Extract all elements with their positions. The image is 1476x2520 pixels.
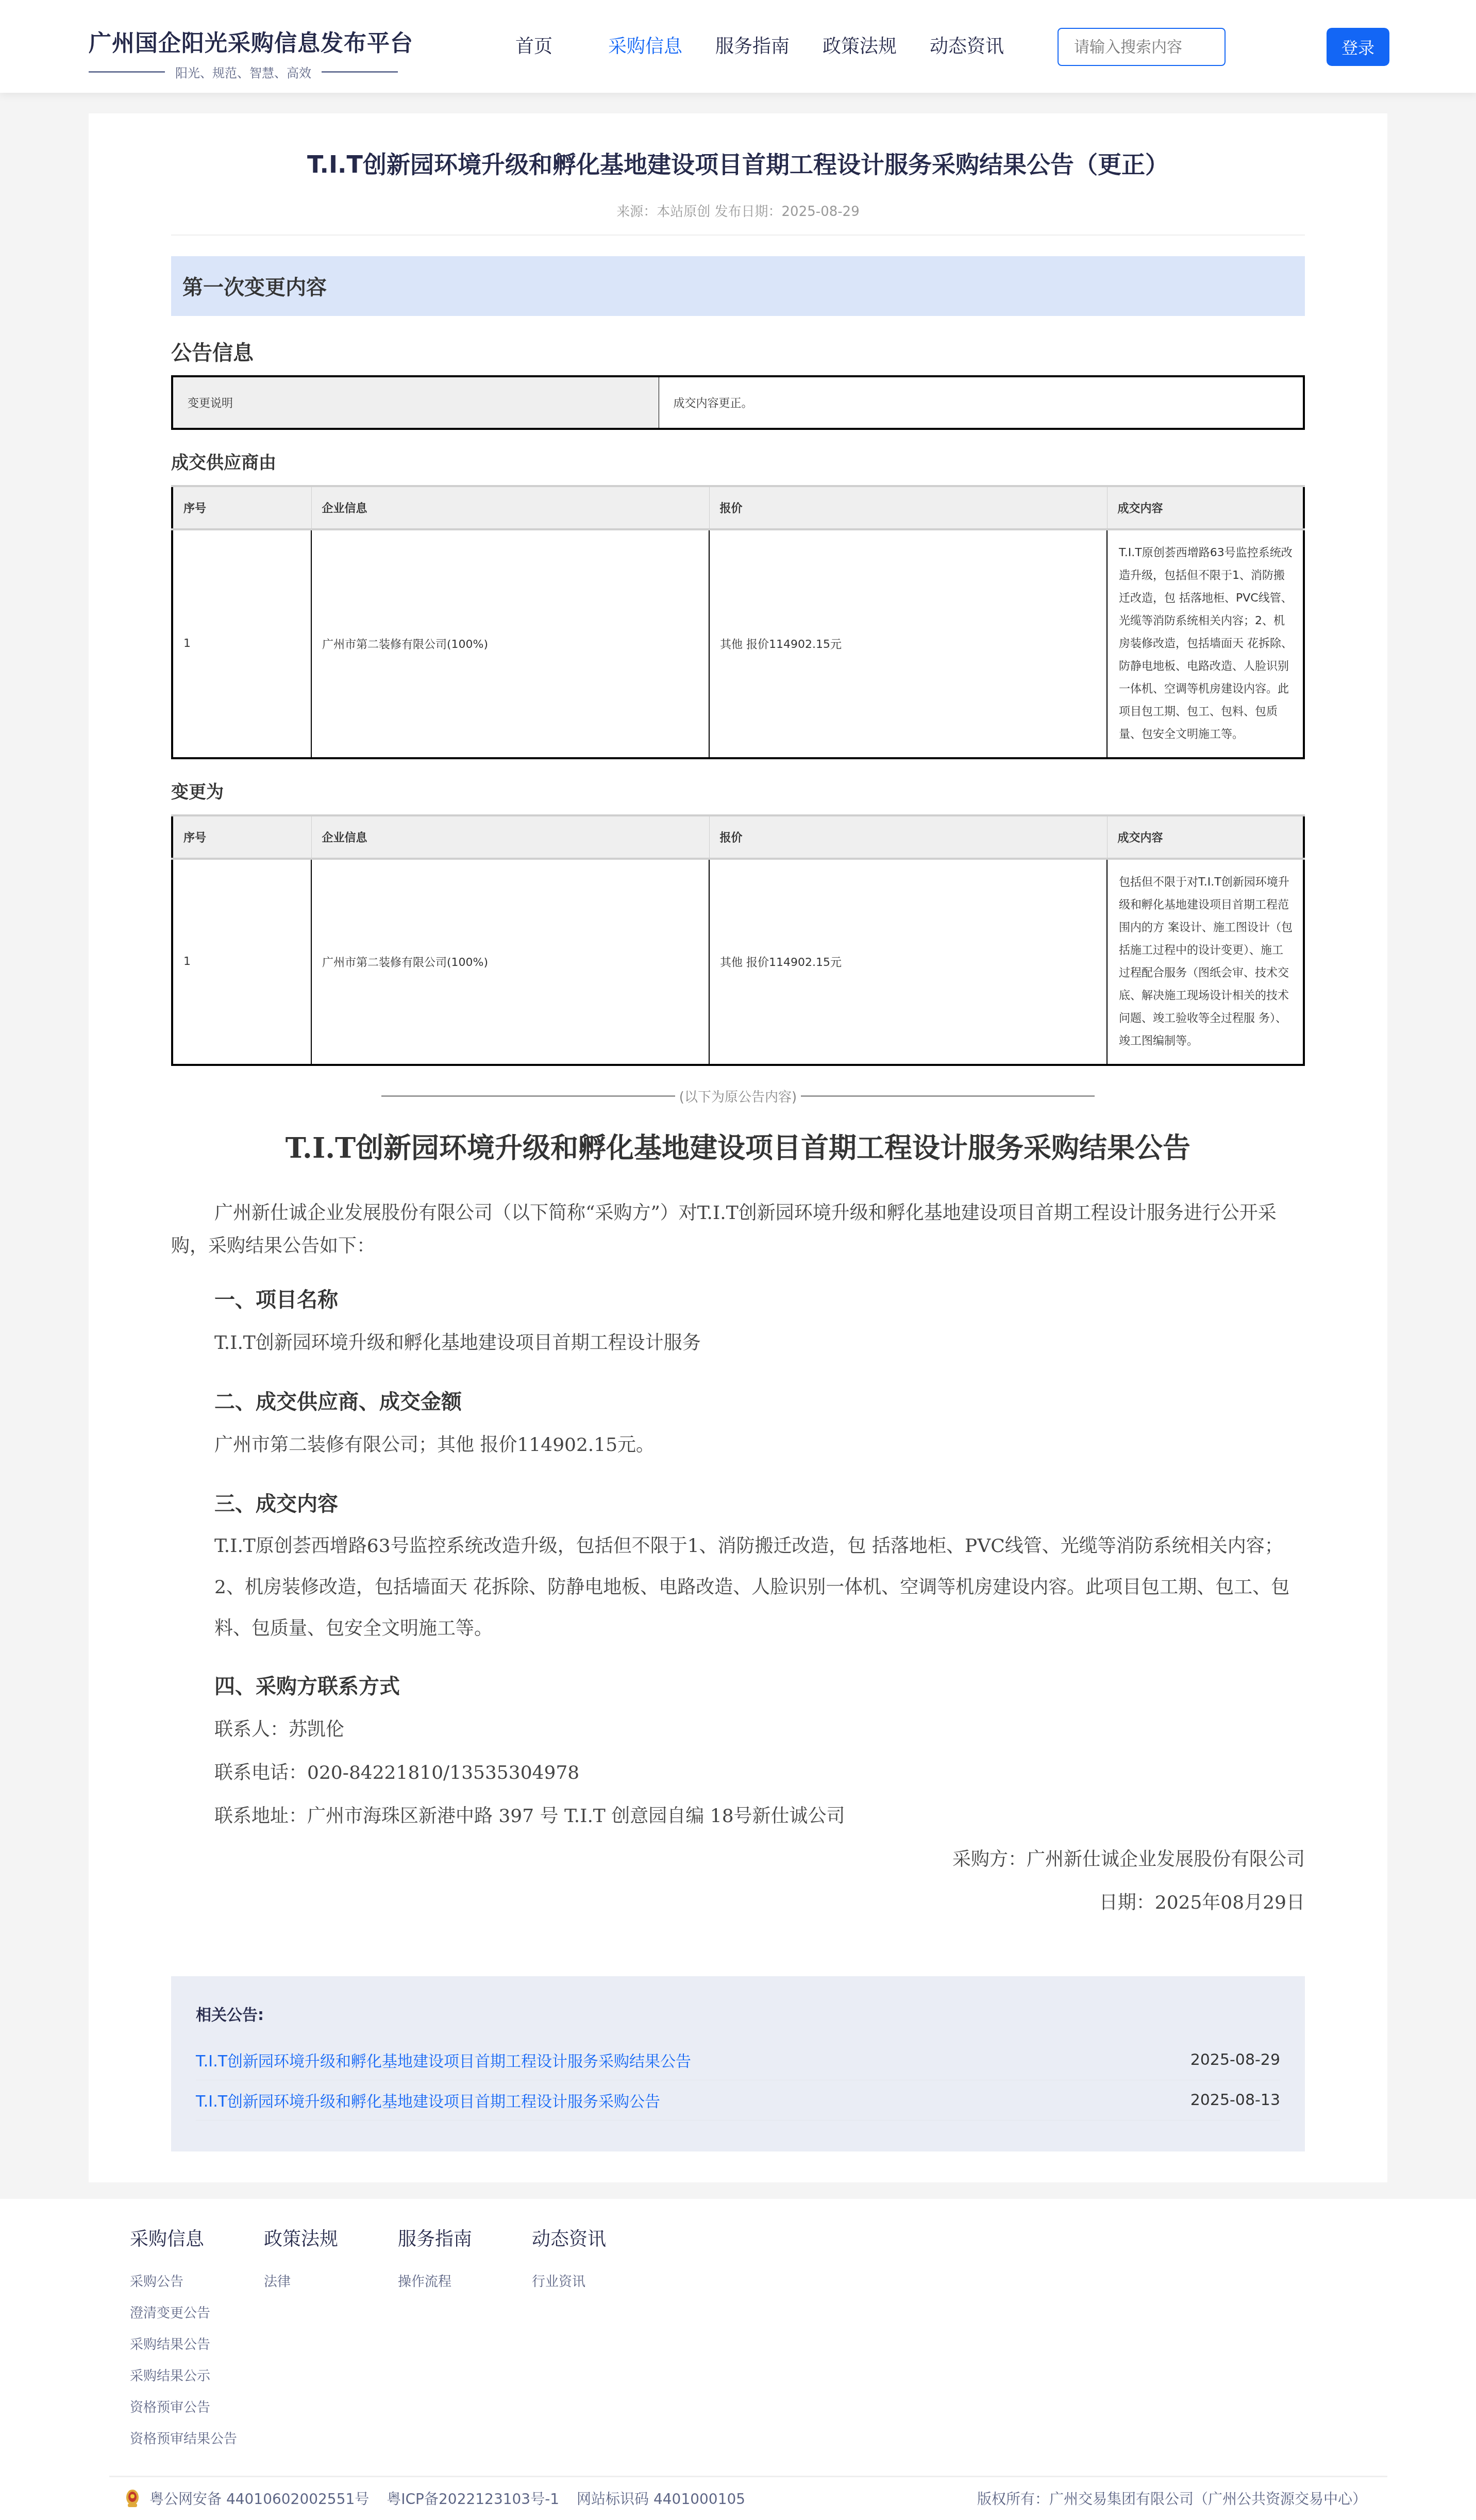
divider-label: (以下为原公告内容) bbox=[675, 1087, 801, 1106]
contact-address: 联系地址：广州市海珠区新港中路 397 号 T.I.T 创意园自编 18号新仕诚… bbox=[171, 1795, 1305, 1838]
col-header-company: 企业信息 bbox=[311, 815, 709, 859]
copyright: 版权所有：广州交易集团有限公司（广州公共资源交易中心） bbox=[977, 2488, 1367, 2509]
cell-price: 其他 报价114902.15元 bbox=[709, 529, 1107, 758]
changed-supplier-table: 序号 企业信息 报价 成交内容 1 广州市第二装修有限公司(100%) 其他 报… bbox=[171, 814, 1305, 1066]
notice-info-table: 变更说明 成交内容更正。 bbox=[171, 375, 1305, 430]
related-title: 相关公告: bbox=[196, 2002, 1280, 2025]
logo-slogan-row: 阳光、规范、智慧、高效 bbox=[89, 63, 398, 81]
article-card: T.I.T创新园环境升级和孵化基地建设项目首期工程设计服务采购结果公告（更正） … bbox=[89, 113, 1387, 2182]
table-header-row: 序号 企业信息 报价 成交内容 bbox=[172, 815, 1304, 859]
related-date: 2025-08-29 bbox=[1190, 2051, 1280, 2069]
footer-col-procurement: 采购信息 采购公告 澄清变更公告 采购结果公告 采购结果公示 资格预审公告 资格… bbox=[130, 2225, 264, 2455]
footer-link[interactable]: 操作流程 bbox=[398, 2266, 532, 2298]
police-badge-icon bbox=[125, 2488, 140, 2509]
icp-record-link[interactable]: 粤ICP备2022123103号-1 bbox=[387, 2488, 559, 2509]
table-row: 1 广州市第二装修有限公司(100%) 其他 报价114902.15元 T.I.… bbox=[172, 529, 1304, 758]
list-item: T.I.T创新园环境升级和孵化基地建设项目首期工程设计服务采购公告 2025-0… bbox=[196, 2080, 1280, 2121]
related-link[interactable]: T.I.T创新园环境升级和孵化基地建设项目首期工程设计服务采购公告 bbox=[196, 2089, 660, 2111]
search-box bbox=[1058, 28, 1226, 66]
related-link[interactable]: T.I.T创新园环境升级和孵化基地建设项目首期工程设计服务采购结果公告 bbox=[196, 2048, 691, 2071]
section-body-project-name: T.I.T创新园环境升级和孵化基地建设项目首期工程设计服务 bbox=[171, 1322, 1305, 1365]
contact-phone: 联系电话：020-84221810/13535304978 bbox=[171, 1751, 1305, 1795]
section-body-supplier-amount: 广州市第二装修有限公司；其他 报价114902.15元。 bbox=[171, 1424, 1305, 1467]
slogan-divider-right bbox=[322, 71, 398, 73]
logo-slogan: 阳光、规范、智慧、高效 bbox=[165, 63, 322, 81]
intro-paragraph: 广州新仕诚企业发展股份有限公司（以下简称“采购方”）对T.I.T创新园环境升级和… bbox=[171, 1197, 1305, 1263]
col-header-company: 企业信息 bbox=[311, 486, 709, 529]
nav-news[interactable]: 动态资讯 bbox=[930, 32, 1004, 58]
cell-price: 其他 报价114902.15元 bbox=[709, 859, 1107, 1065]
change-note-value: 成交内容更正。 bbox=[659, 376, 1304, 429]
footer-link[interactable]: 澄清变更公告 bbox=[130, 2298, 264, 2329]
footer-bottom-bar: 粤公网安备 44010602002551号 粤ICP备2022123103号-1… bbox=[109, 2476, 1387, 2520]
main-nav: 首页 采购信息 服务指南 政策法规 动态资讯 bbox=[515, 32, 1037, 58]
login-button[interactable]: 登录 bbox=[1327, 28, 1389, 66]
original-notice-title: T.I.T创新园环境升级和孵化基地建设项目首期工程设计服务采购结果公告 bbox=[171, 1126, 1305, 1166]
footer-col-news: 动态资讯 行业资讯 bbox=[532, 2225, 666, 2455]
original-notice-divider: (以下为原公告内容) bbox=[171, 1087, 1305, 1106]
section-heading-deal-content: 三、成交内容 bbox=[171, 1482, 1305, 1526]
footer-col-policy: 政策法规 法律 bbox=[264, 2225, 398, 2455]
footer-col-title: 服务指南 bbox=[398, 2225, 532, 2251]
footer-link[interactable]: 采购结果公告 bbox=[130, 2329, 264, 2361]
police-record-group: 粤公网安备 44010602002551号 bbox=[125, 2488, 369, 2509]
table-header-row: 序号 企业信息 报价 成交内容 bbox=[172, 486, 1304, 529]
footer-link[interactable]: 资格预审结果公告 bbox=[130, 2424, 264, 2455]
cell-company: 广州市第二装修有限公司(100%) bbox=[311, 529, 709, 758]
footer-link[interactable]: 法律 bbox=[264, 2266, 398, 2298]
cell-company: 广州市第二装修有限公司(100%) bbox=[311, 859, 709, 1065]
col-header-price: 报价 bbox=[709, 486, 1107, 529]
nav-home[interactable]: 首页 bbox=[515, 32, 552, 58]
notice-date: 日期：2025年08月29日 bbox=[171, 1881, 1305, 1925]
nav-procurement-info[interactable]: 采购信息 bbox=[608, 32, 682, 58]
footer-col-title: 采购信息 bbox=[130, 2225, 264, 2251]
col-header-no: 序号 bbox=[172, 486, 311, 529]
col-header-content: 成交内容 bbox=[1107, 486, 1304, 529]
related-date: 2025-08-13 bbox=[1190, 2091, 1280, 2109]
footer-link[interactable]: 资格预审公告 bbox=[130, 2392, 264, 2424]
footer-col-title: 动态资讯 bbox=[532, 2225, 666, 2251]
site-footer: 采购信息 采购公告 澄清变更公告 采购结果公告 采购结果公示 资格预审公告 资格… bbox=[0, 2199, 1476, 2520]
nav-policy[interactable]: 政策法规 bbox=[823, 32, 897, 58]
divider-line-left bbox=[381, 1095, 675, 1097]
footer-col-title: 政策法规 bbox=[264, 2225, 398, 2251]
slogan-divider-left bbox=[89, 71, 165, 73]
logo-title: 广州国企阳光采购信息发布平台 bbox=[89, 25, 398, 58]
section-body-deal-content: T.I.T原创荟西增路63号监控系统改造升级，包括但不限于1、消防搬迁改造，包 … bbox=[171, 1526, 1305, 1649]
site-code: 网站标识码 4401000105 bbox=[577, 2488, 745, 2509]
contact-person: 联系人：苏凯伦 bbox=[171, 1708, 1305, 1751]
site-header: 广州国企阳光采购信息发布平台 阳光、规范、智慧、高效 首页 采购信息 服务指南 … bbox=[0, 0, 1476, 93]
cell-no: 1 bbox=[172, 859, 311, 1065]
change-banner: 第一次变更内容 bbox=[171, 256, 1305, 316]
col-header-no: 序号 bbox=[172, 815, 311, 859]
related-notices: 相关公告: T.I.T创新园环境升级和孵化基地建设项目首期工程设计服务采购结果公… bbox=[171, 1976, 1305, 2151]
table-row: 变更说明 成交内容更正。 bbox=[172, 376, 1304, 429]
divider-line-right bbox=[801, 1095, 1095, 1097]
changed-supplier-heading: 变更为 bbox=[171, 778, 1305, 803]
footer-link-columns: 采购信息 采购公告 澄清变更公告 采购结果公告 采购结果公示 资格预审公告 资格… bbox=[130, 2225, 1346, 2455]
section-heading-project-name: 一、项目名称 bbox=[171, 1278, 1305, 1322]
search-input[interactable] bbox=[1059, 29, 1226, 65]
list-item: T.I.T创新园环境升级和孵化基地建设项目首期工程设计服务采购结果公告 2025… bbox=[196, 2040, 1280, 2080]
cell-content: 包括但不限于对T.I.T创新园环境升级和孵化基地建设项目首期工程范围内的方 案设… bbox=[1107, 859, 1304, 1065]
cell-no: 1 bbox=[172, 529, 311, 758]
nav-service-guide[interactable]: 服务指南 bbox=[715, 32, 790, 58]
footer-link[interactable]: 采购公告 bbox=[130, 2266, 264, 2298]
original-supplier-heading: 成交供应商由 bbox=[171, 448, 1305, 474]
original-notice-body: 广州新仕诚企业发展股份有限公司（以下简称“采购方”）对T.I.T创新园环境升级和… bbox=[171, 1197, 1305, 1925]
section-heading-supplier-amount: 二、成交供应商、成交金额 bbox=[171, 1380, 1305, 1424]
footer-col-guide: 服务指南 操作流程 bbox=[398, 2225, 532, 2455]
article-meta: 来源：本站原创 发布日期：2025-08-29 bbox=[171, 201, 1305, 220]
police-record-link[interactable]: 粤公网安备 44010602002551号 bbox=[149, 2488, 369, 2509]
page-title: T.I.T创新园环境升级和孵化基地建设项目首期工程设计服务采购结果公告（更正） bbox=[171, 149, 1305, 180]
table-row: 1 广州市第二装修有限公司(100%) 其他 报价114902.15元 包括但不… bbox=[172, 859, 1304, 1065]
col-header-price: 报价 bbox=[709, 815, 1107, 859]
footer-records: 粤公网安备 44010602002551号 粤ICP备2022123103号-1… bbox=[125, 2488, 745, 2509]
original-supplier-table: 序号 企业信息 报价 成交内容 1 广州市第二装修有限公司(100%) 其他 报… bbox=[171, 485, 1305, 759]
notice-info-heading: 公告信息 bbox=[171, 337, 1305, 366]
col-header-content: 成交内容 bbox=[1107, 815, 1304, 859]
site-logo[interactable]: 广州国企阳光采购信息发布平台 阳光、规范、智慧、高效 bbox=[89, 25, 398, 81]
meta-divider bbox=[171, 235, 1305, 236]
section-heading-contact: 四、采购方联系方式 bbox=[171, 1665, 1305, 1708]
change-note-label: 变更说明 bbox=[172, 376, 659, 429]
footer-link[interactable]: 行业资讯 bbox=[532, 2266, 666, 2298]
footer-link[interactable]: 采购结果公示 bbox=[130, 2361, 264, 2392]
cell-content: T.I.T原创荟西增路63号监控系统改造升级，包括但不限于1、消防搬迁改造，包 … bbox=[1107, 529, 1304, 758]
purchaser-signature: 采购方：广州新仕诚企业发展股份有限公司 bbox=[171, 1838, 1305, 1881]
